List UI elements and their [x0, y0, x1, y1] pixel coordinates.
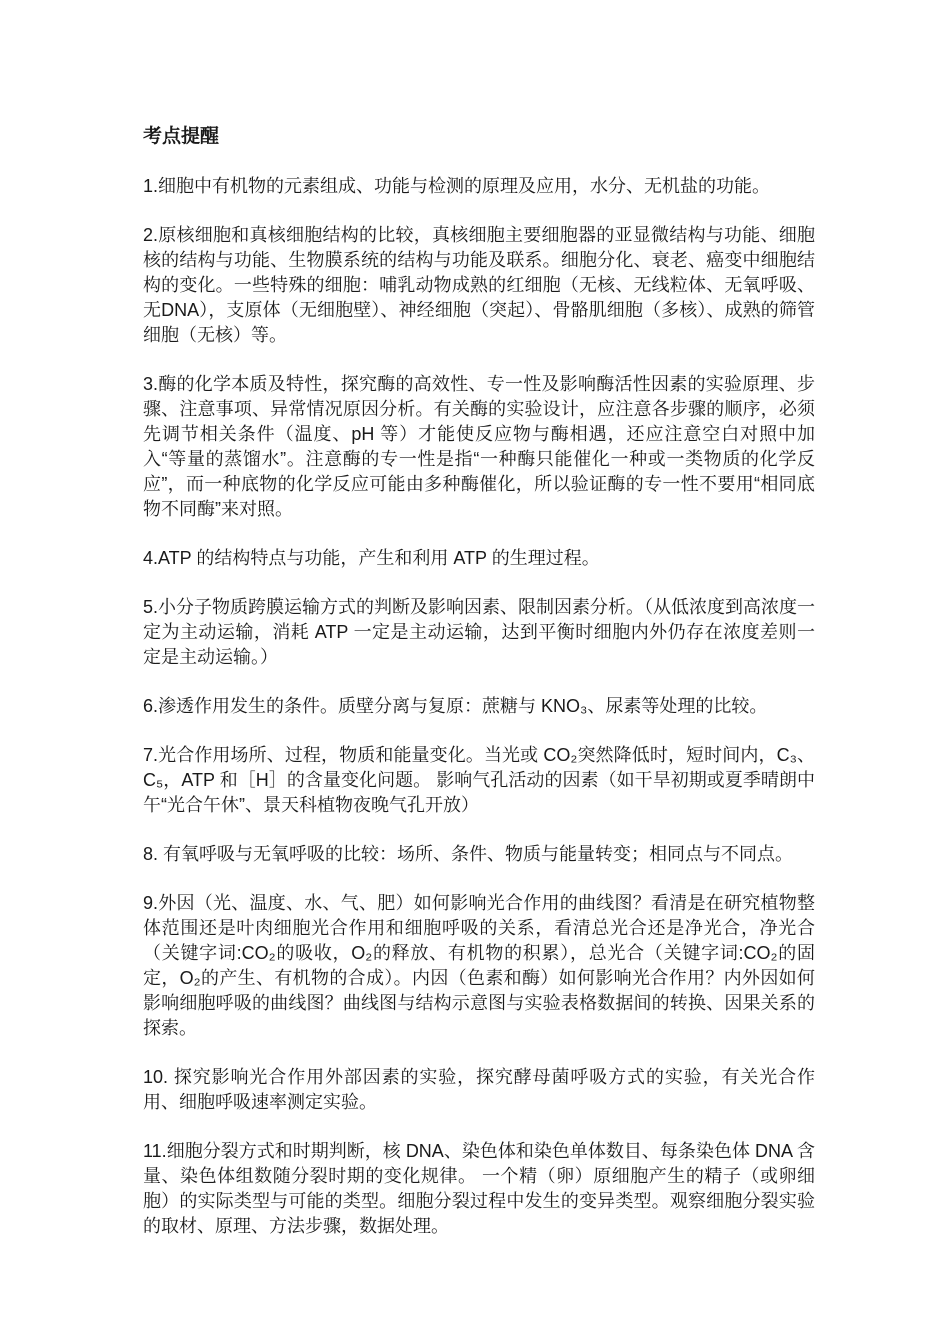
document-page: 考点提醒 1.细胞中有机物的元素组成、功能与检测的原理及应用，水分、无机盐的功能… [0, 0, 950, 1344]
exam-point-2: 2.原核细胞和真核细胞结构的比较，真核细胞主要细胞器的亚显微结构与功能、细胞核的… [143, 223, 815, 348]
exam-point-8: 8. 有氧呼吸与无氧呼吸的比较：场所、条件、物质与能量转变；相同点与不同点。 [143, 842, 815, 867]
document-title: 考点提醒 [143, 124, 815, 149]
exam-point-9: 9.外因（光、温度、水、气、肥）如何影响光合作用的曲线图？看清是在研究植物整体范… [143, 891, 815, 1041]
exam-point-7: 7.光合作用场所、过程，物质和能量变化。当光或 CO₂突然降低时，短时间内，C₃… [143, 743, 815, 818]
exam-point-1: 1.细胞中有机物的元素组成、功能与检测的原理及应用，水分、无机盐的功能。 [143, 174, 815, 199]
exam-point-4: 4.ATP 的结构特点与功能，产生和利用 ATP 的生理过程。 [143, 546, 815, 571]
exam-point-3: 3.酶的化学本质及特性，探究酶的高效性、专一性及影响酶活性因素的实验原理、步骤、… [143, 372, 815, 522]
exam-point-5: 5.小分子物质跨膜运输方式的判断及影响因素、限制因素分析。（从低浓度到高浓度一定… [143, 595, 815, 670]
exam-point-6: 6.渗透作用发生的条件。质壁分离与复原：蔗糖与 KNO₃、尿素等处理的比较。 [143, 694, 815, 719]
exam-point-11: 11.细胞分裂方式和时期判断，核 DNA、染色体和染色单体数目、每条染色体 DN… [143, 1139, 815, 1239]
exam-point-10: 10. 探究影响光合作用外部因素的实验，探究酵母菌呼吸方式的实验，有关光合作用、… [143, 1065, 815, 1115]
